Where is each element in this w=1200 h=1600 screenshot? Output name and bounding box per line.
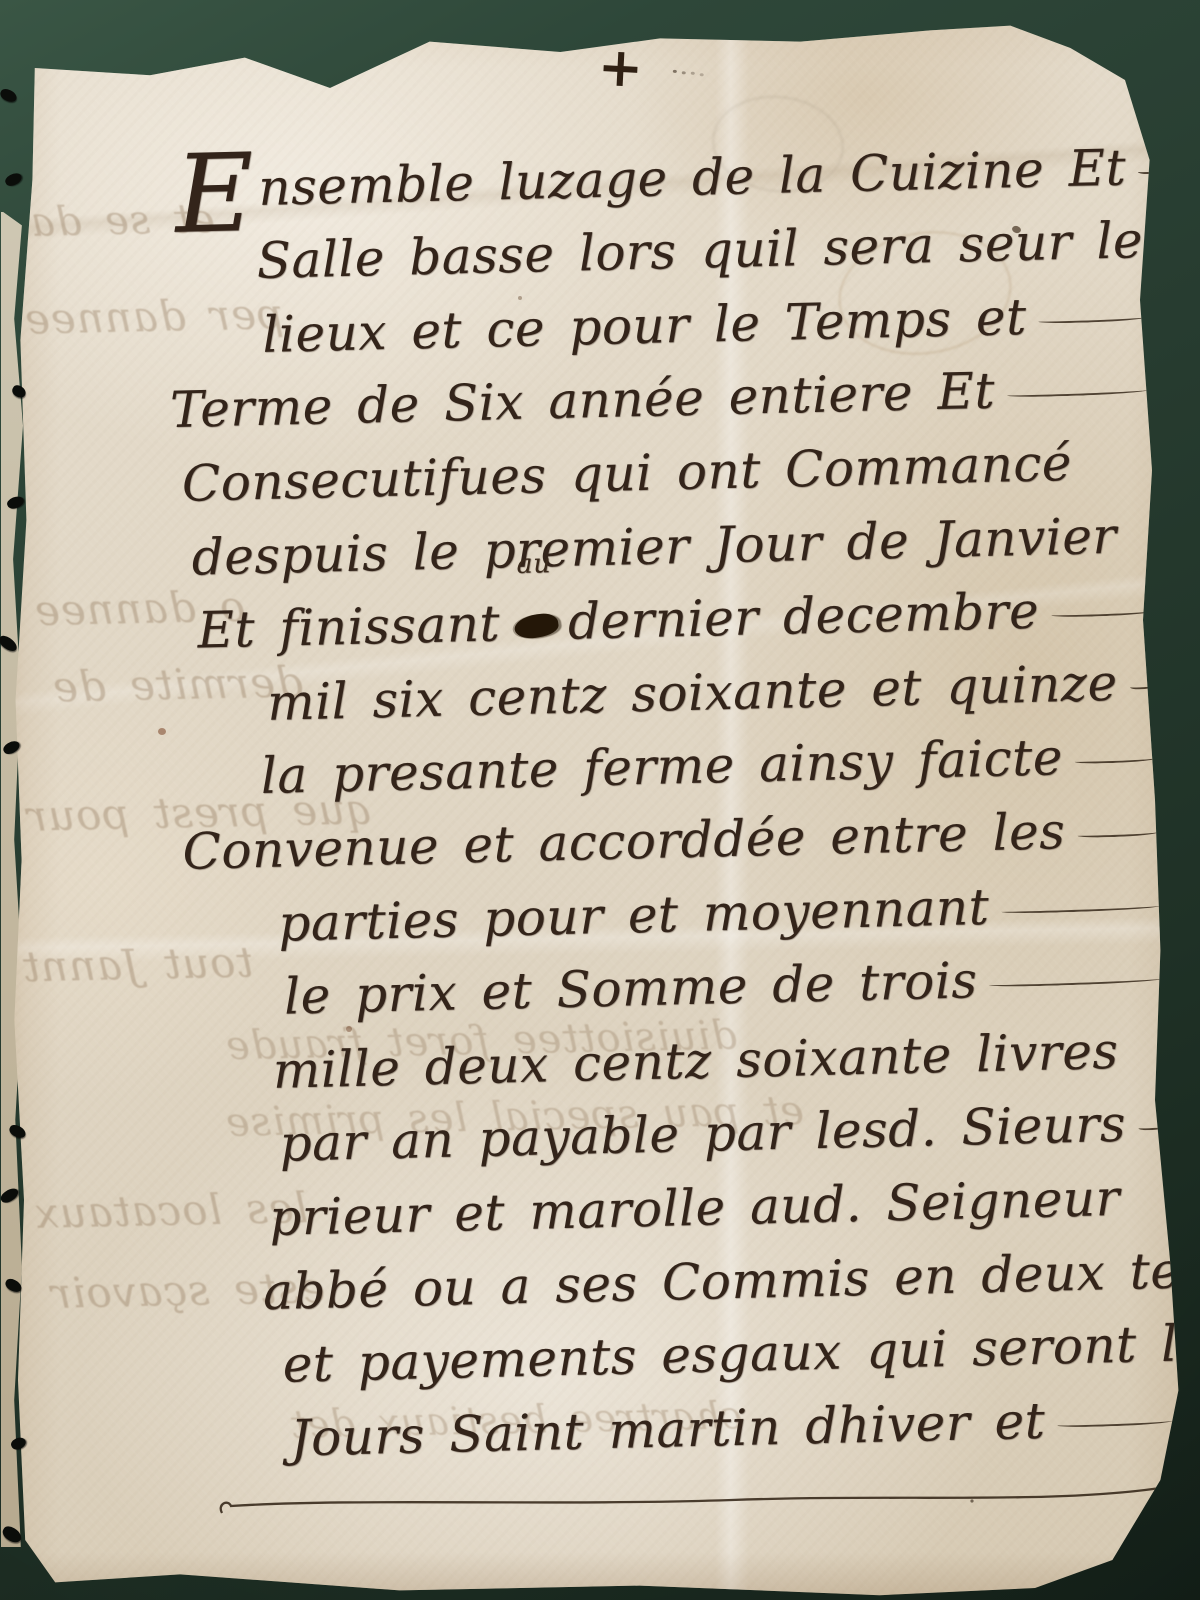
line-text: dernier decembre (567, 583, 1039, 650)
line-filler-stroke (1138, 1124, 1166, 1131)
line-filler-stroke (989, 976, 1162, 987)
line-text: Jours Saint martin dhiver et (290, 1392, 1046, 1466)
line-filler-stroke (1075, 756, 1157, 764)
ink-blot (513, 612, 560, 641)
photo-background: et se da per dannee o dannee dermite de … (0, 0, 1200, 1600)
line-text: Et finissant (197, 596, 501, 659)
line-initial: E (175, 166, 256, 224)
manuscript-paper: et se da per dannee o dannee dermite de … (0, 0, 1200, 1600)
line-filler-stroke (1181, 240, 1200, 247)
line-filler-stroke (1077, 830, 1158, 838)
line-filler-stroke (1039, 314, 1147, 323)
insertion-text: au (516, 536, 552, 593)
line-filler-stroke (1001, 903, 1160, 914)
line-filler-stroke (1138, 167, 1162, 174)
line-filler-stroke (1051, 609, 1153, 618)
manuscript-text-block: Ensemble luzage de la Cuizine Et Salle b… (16, 120, 1200, 1472)
line-filler-stroke (1007, 388, 1148, 398)
binding-stitch (3, 171, 23, 189)
line-filler-stroke (1130, 683, 1156, 690)
bottom-flourish-line (212, 1480, 1170, 1526)
top-cross-mark: + (597, 39, 645, 95)
binding-stitch (0, 87, 19, 104)
interline-insertion: au (513, 594, 558, 651)
line-filler-stroke (1057, 1418, 1172, 1428)
